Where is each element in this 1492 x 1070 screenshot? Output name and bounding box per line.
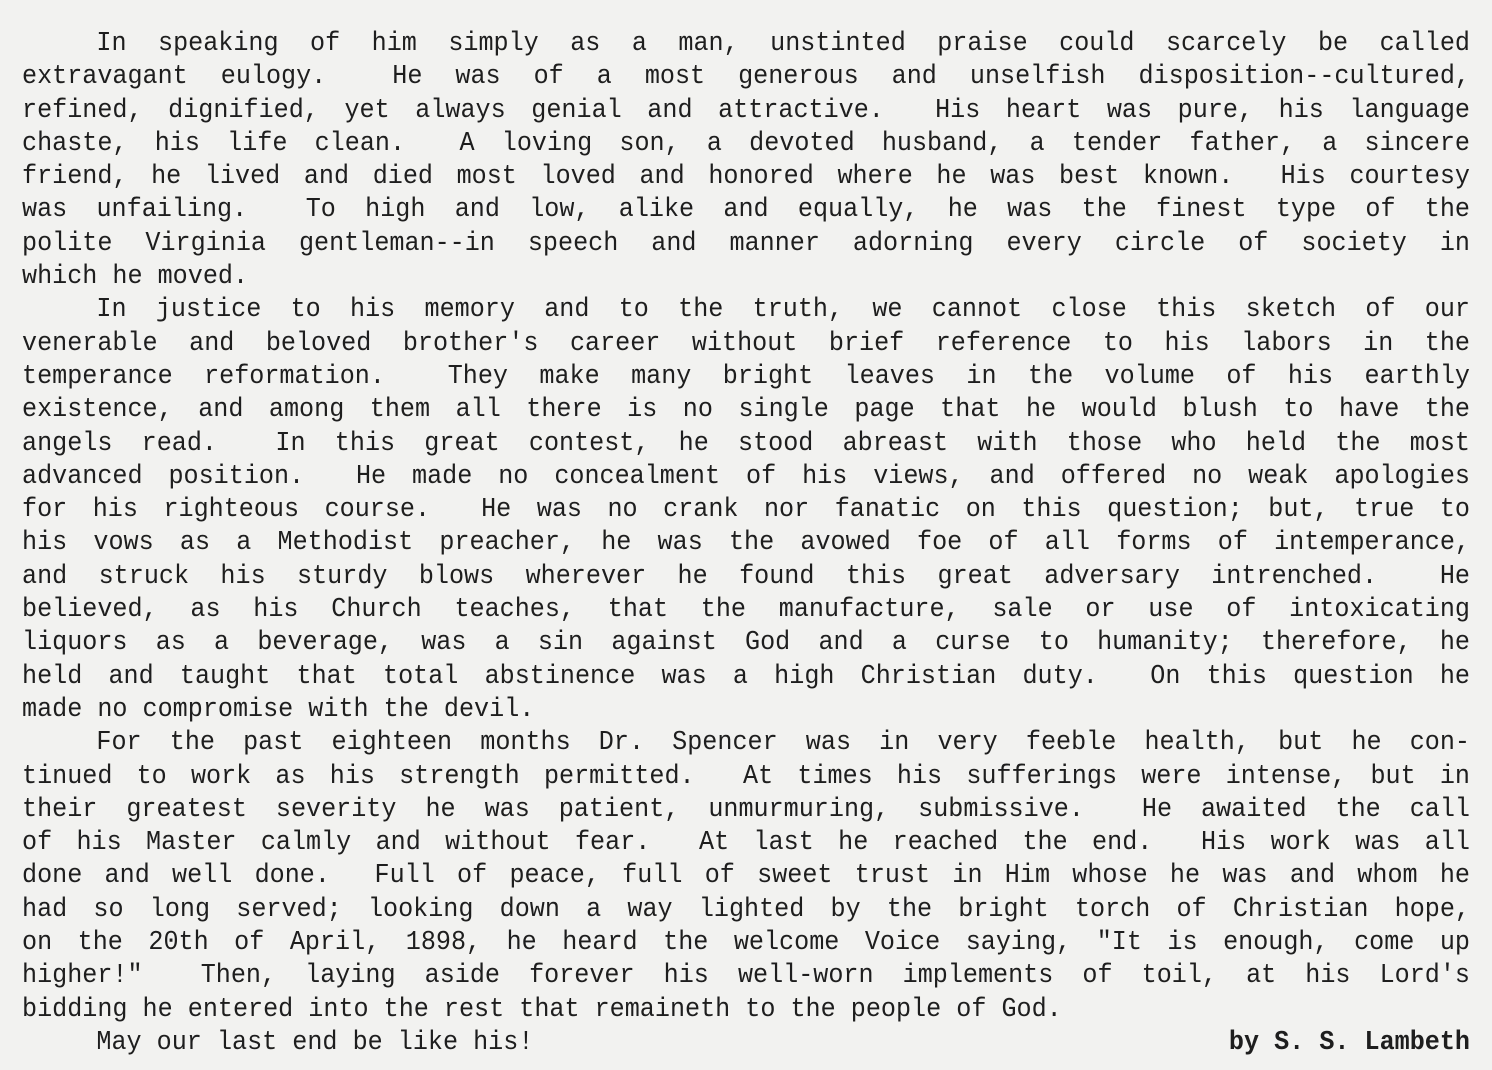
text-line: believed, as his Church teaches, that th… bbox=[22, 594, 1470, 627]
text-line: on the 20th of April, 1898, he heard the… bbox=[22, 927, 1470, 960]
text-line: their greatest severity he was patient, … bbox=[22, 794, 1470, 827]
closing-line: May our last end be like his! bbox=[22, 1027, 533, 1060]
document-page: In speaking of him simply as a man, unst… bbox=[0, 0, 1492, 1070]
text-line: polite Virginia gentleman--in speech and… bbox=[22, 228, 1470, 261]
text-line: chaste, his life clean. A loving son, a … bbox=[22, 128, 1470, 161]
paragraph-character: In speaking of him simply as a man, unst… bbox=[22, 28, 1470, 294]
text-line: higher!" Then, laying aside forever his … bbox=[22, 960, 1470, 993]
paragraph-final-days: For the past eighteen months Dr. Spencer… bbox=[22, 727, 1470, 1027]
text-line: friend, he lived and died most loved and… bbox=[22, 161, 1470, 194]
signature-row: May our last end be like his!by S. S. La… bbox=[22, 1027, 1470, 1060]
text-line: for his righteous course. He was no cran… bbox=[22, 494, 1470, 527]
text-line: angels read. In this great contest, he s… bbox=[22, 428, 1470, 461]
text-line: temperance reformation. They make many b… bbox=[22, 361, 1470, 394]
text-line: refined, dignified, yet always genial an… bbox=[22, 95, 1470, 128]
memorial-text: In speaking of him simply as a man, unst… bbox=[22, 28, 1470, 1060]
text-line: done and well done. Full of peace, full … bbox=[22, 860, 1470, 893]
paragraph-temperance: In justice to his memory and to the trut… bbox=[22, 294, 1470, 727]
text-line: bidding he entered into the rest that re… bbox=[22, 994, 1470, 1027]
text-line: tinued to work as his strength permitted… bbox=[22, 761, 1470, 794]
text-line: existence, and among them all there is n… bbox=[22, 394, 1470, 427]
text-line: liquors as a beverage, was a sin against… bbox=[22, 627, 1470, 660]
text-line: In justice to his memory and to the trut… bbox=[22, 294, 1470, 327]
text-line: his vows as a Methodist preacher, he was… bbox=[22, 527, 1470, 560]
text-line: which he moved. bbox=[22, 261, 1470, 294]
text-line: venerable and beloved brother's career w… bbox=[22, 328, 1470, 361]
text-line: extravagant eulogy. He was of a most gen… bbox=[22, 61, 1470, 94]
text-line: advanced position. He made no concealmen… bbox=[22, 461, 1470, 494]
text-line: of his Master calmly and without fear. A… bbox=[22, 827, 1470, 860]
author-byline: by S. S. Lambeth bbox=[1229, 1027, 1470, 1060]
text-line: For the past eighteen months Dr. Spencer… bbox=[22, 727, 1470, 760]
text-line: and struck his sturdy blows wherever he … bbox=[22, 561, 1470, 594]
text-line: made no compromise with the devil. bbox=[22, 694, 1470, 727]
text-line: was unfailing. To high and low, alike an… bbox=[22, 194, 1470, 227]
text-line: In speaking of him simply as a man, unst… bbox=[22, 28, 1470, 61]
text-line: held and taught that total abstinence wa… bbox=[22, 661, 1470, 694]
text-line: had so long served; looking down a way l… bbox=[22, 894, 1470, 927]
